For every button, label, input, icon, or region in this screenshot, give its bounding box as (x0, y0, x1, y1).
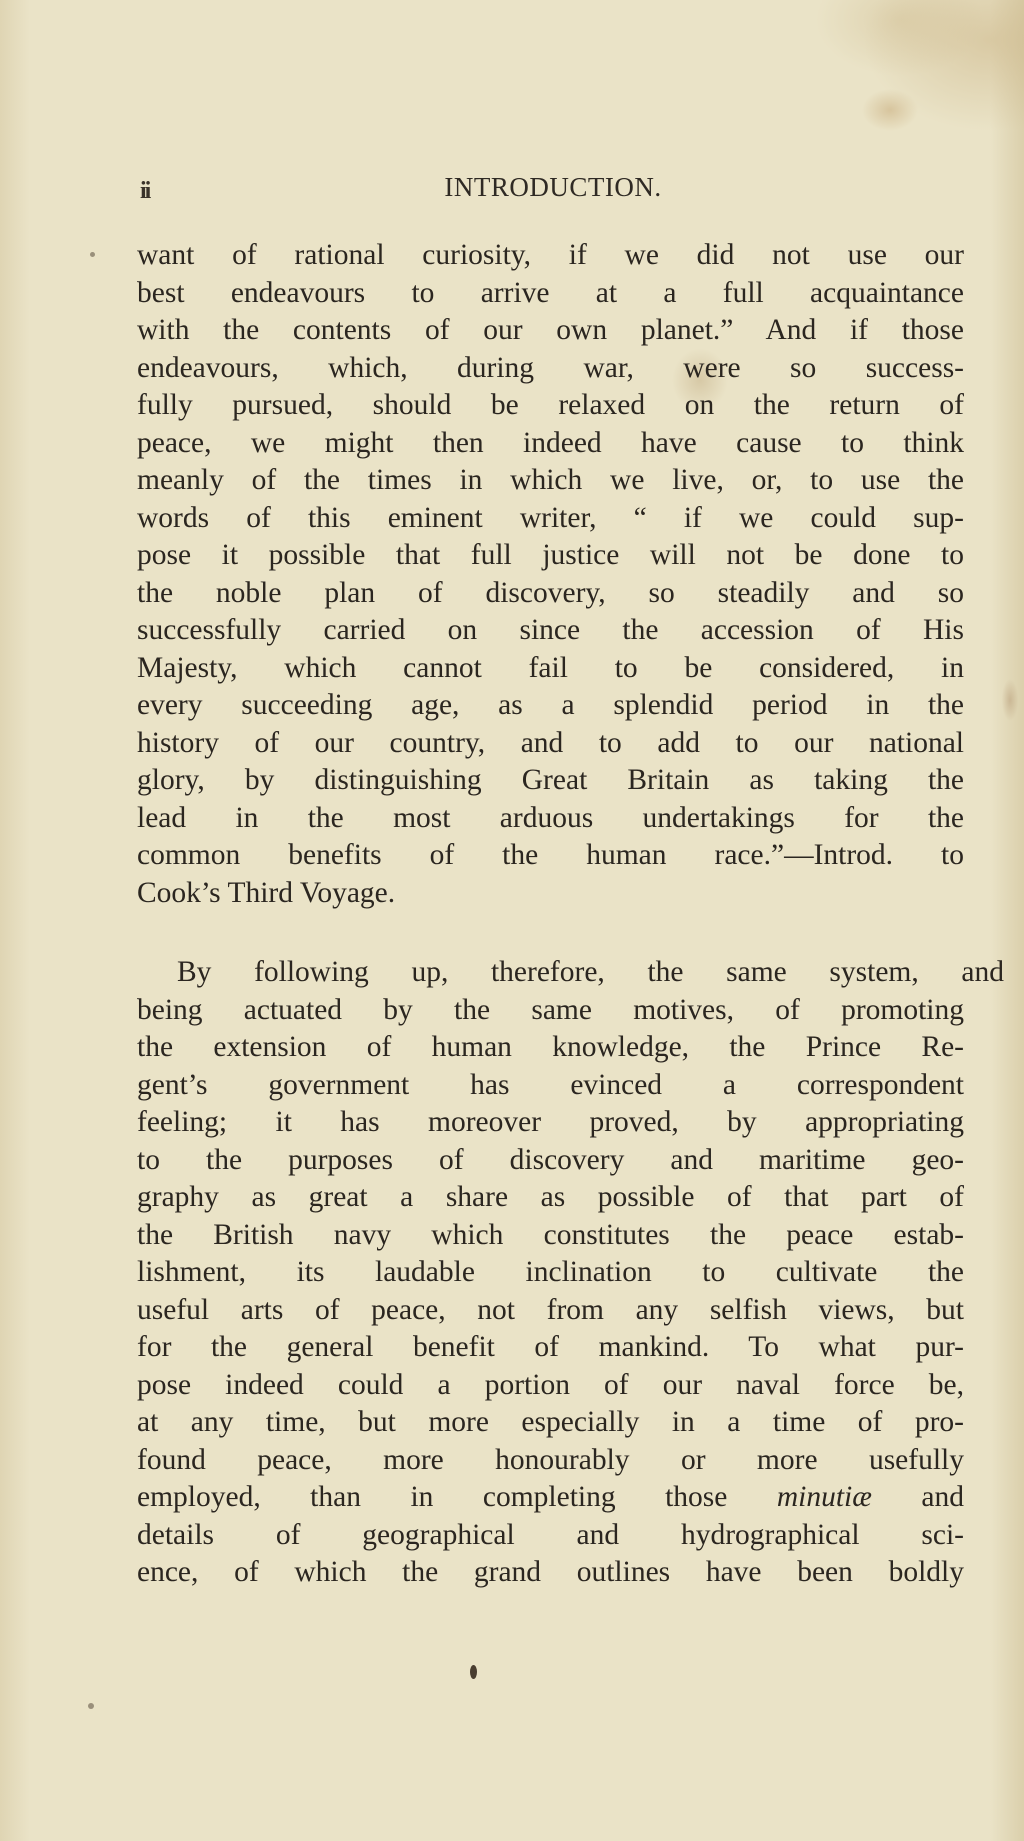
text-line: with the contents of our own planet.” An… (137, 312, 964, 350)
text-line: want of rational curiosity, if we did no… (137, 237, 964, 275)
text-line: pose it possible that full justice will … (137, 537, 964, 575)
text-line: gent’s government has evinced a correspo… (137, 1067, 964, 1105)
text-line: best endeavours to arrive at a full acqu… (137, 275, 964, 313)
running-title: INTRODUCTION. (138, 172, 968, 203)
text-line: words of this eminent writer, “ if we co… (137, 500, 964, 538)
text-line: successfully carried on since the access… (137, 612, 964, 650)
italic-term: minutiæ (777, 1481, 872, 1513)
text-line: lishment, its laudable inclination to cu… (137, 1254, 964, 1292)
text-line: common benefits of the human race.”—Intr… (137, 837, 964, 875)
text-line: By following up, therefore, the same sys… (137, 954, 1004, 992)
text-line: the noble plan of discovery, so steadily… (137, 575, 964, 613)
text-line: at any time, but more especially in a ti… (137, 1404, 964, 1442)
text-line-with-italic: employed, than in completing those minut… (137, 1479, 964, 1517)
text-segment: employed, than in completing those (137, 1481, 777, 1513)
text-line: glory, by distinguishing Great Britain a… (137, 762, 964, 800)
text-line: feeling; it has moreover proved, by appr… (137, 1104, 964, 1142)
ink-speck (90, 252, 95, 257)
text-segment: and (872, 1481, 964, 1513)
text-line: Cook’s Third Voyage. (137, 875, 964, 913)
text-line: for the general benefit of mankind. To w… (137, 1329, 964, 1367)
text-line: being actuated by the same motives, of p… (137, 992, 964, 1030)
text-line: the extension of human knowledge, the Pr… (137, 1029, 964, 1067)
text-line: endeavours, which, during war, were so s… (137, 350, 964, 388)
text-line: fully pursued, should be relaxed on the … (137, 387, 964, 425)
text-line: useful arts of peace, not from any selfi… (137, 1292, 964, 1330)
text-line: pose indeed could a portion of our naval… (137, 1367, 964, 1405)
text-line: ence, of which the grand outlines have b… (137, 1554, 964, 1592)
text-line: every succeeding age, as a splendid peri… (137, 687, 964, 725)
running-head: ii INTRODUCTION. (138, 172, 968, 208)
text-line: graphy as great a share as possible of t… (137, 1179, 964, 1217)
ink-speck (88, 1703, 94, 1709)
text-line: meanly of the times in which we live, or… (137, 462, 964, 500)
text-line: the British navy which constitutes the p… (137, 1217, 964, 1255)
paragraph-1: want of rational curiosity, if we did no… (137, 237, 964, 912)
paragraph-2: By following up, therefore, the same sys… (137, 954, 964, 1592)
text-line: to the purposes of discovery and maritim… (137, 1142, 964, 1180)
ink-speck (470, 1665, 477, 1679)
text-line: peace, we might then indeed have cause t… (137, 425, 964, 463)
text-line: history of our country, and to add to ou… (137, 725, 964, 763)
text-line: Majesty, which cannot fail to be conside… (137, 650, 964, 688)
book-page: ii INTRODUCTION. want of rational curios… (0, 0, 1024, 1841)
text-line: lead in the most arduous undertakings fo… (137, 800, 964, 838)
body-text: want of rational curiosity, if we did no… (137, 237, 964, 1592)
text-line: found peace, more honourably or more use… (137, 1442, 964, 1480)
text-line: details of geographical and hydrographic… (137, 1517, 964, 1555)
